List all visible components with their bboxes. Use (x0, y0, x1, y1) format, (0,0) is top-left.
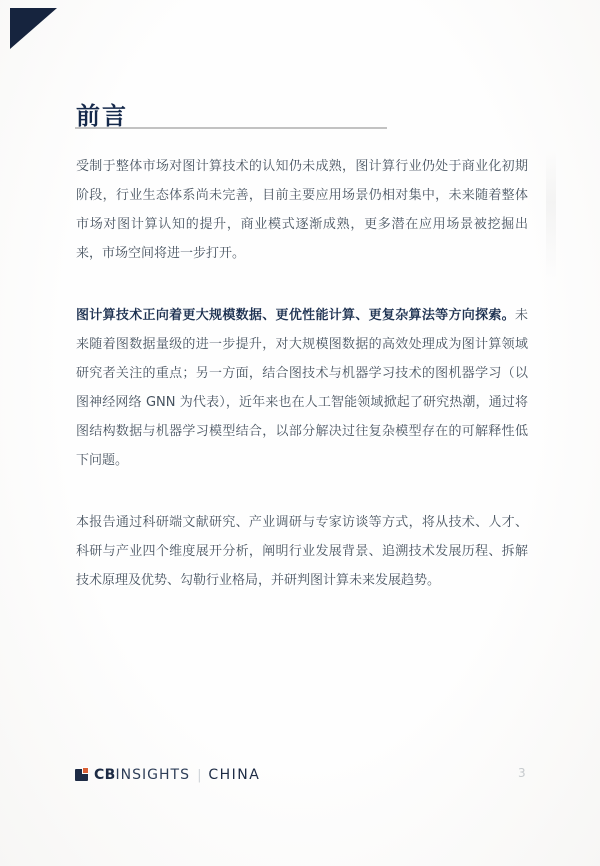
paragraph-3: 本报告通过科研端文献研究、产业调研与专家访谈等方式，将从技术、人才、科研与产业四… (76, 508, 528, 595)
brand-separator: | (197, 768, 201, 783)
logo-accent-pixel (82, 767, 89, 774)
footer-brand: CB INSIGHTS | CHINA (75, 767, 260, 783)
scan-artifact-streak (546, 150, 556, 280)
paragraph-2: 图计算技术正向着更大规模数据、更优性能计算、更复杂算法等方向探索。未来随着图数据… (76, 301, 528, 475)
cbinsights-logo-icon (75, 769, 88, 781)
body-text: 受制于整体市场对图计算技术的认知仍未成熟，图计算行业仍处于商业化初期阶段，行业生… (76, 152, 528, 628)
page-number: 3 (518, 766, 526, 780)
corner-triangle-decoration (10, 8, 57, 49)
brand-region-label: CHINA (208, 767, 260, 783)
paragraph-2-bold-lead: 图计算技术正向着更大规模数据、更优性能计算、更复杂算法等方向探索。 (76, 308, 515, 323)
brand-cb-label: CB (94, 767, 116, 783)
paragraph-2-rest: 未来随着图数据量级的进一步提升，对大规模图数据的高效处理成为图计算领域研究者关注… (76, 308, 528, 468)
paragraph-1: 受制于整体市场对图计算技术的认知仍未成熟，图计算行业仍处于商业化初期阶段，行业生… (76, 152, 528, 268)
page-title: 前言 (76, 96, 128, 131)
brand-insights-label: INSIGHTS (116, 767, 190, 783)
report-page: 前言 受制于整体市场对图计算技术的认知仍未成熟，图计算行业仍处于商业化初期阶段，… (0, 0, 600, 866)
title-divider (75, 127, 387, 129)
